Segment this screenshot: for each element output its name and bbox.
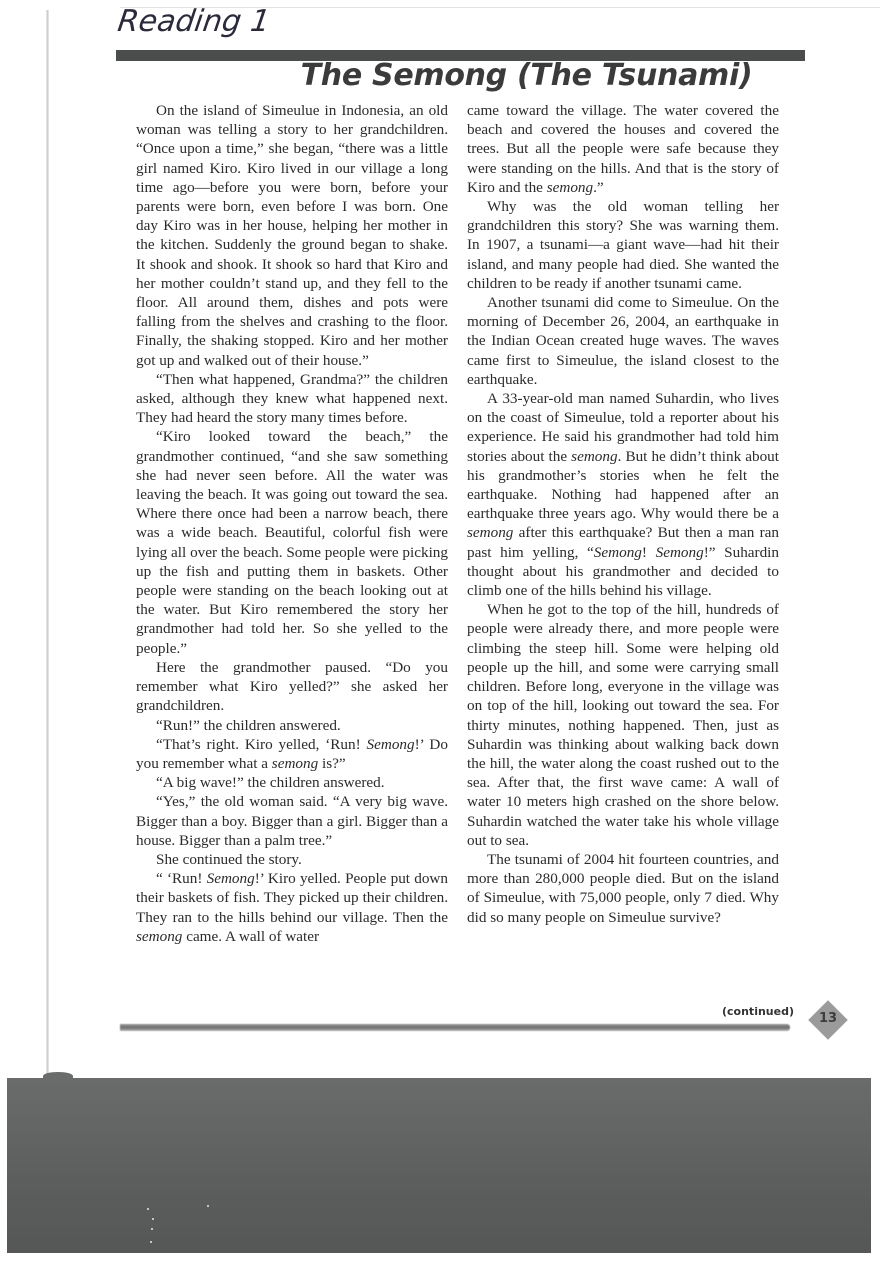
paragraph: The tsunami of 2004 hit fourteen countri…	[467, 850, 779, 927]
paragraph: “A big wave!” the children answered.	[136, 773, 448, 792]
scan-speck	[207, 1205, 209, 1207]
paragraph: Here the grandmother paused. “Do you rem…	[136, 658, 448, 716]
paragraph: “Then what happened, Grandma?” the child…	[136, 370, 448, 428]
paragraph: She continued the story.	[136, 850, 448, 869]
scan-background	[7, 1078, 871, 1253]
handwritten-reading-label: Reading 1	[116, 4, 273, 39]
paragraph: “Yes,” the old woman said. “A very big w…	[136, 792, 448, 850]
paragraph: On the island of Simeulue in Indonesia, …	[136, 101, 448, 370]
paragraph: “That’s right. Kiro yelled, ‘Run! Semong…	[136, 735, 448, 773]
continued-label: (continued)	[722, 1005, 794, 1018]
book-spine-shadow	[46, 10, 49, 1075]
paragraph: A 33-year-old man named Suhardin, who li…	[467, 389, 779, 600]
paragraph: Another tsunami did come to Simeulue. On…	[467, 293, 779, 389]
scan-speck	[151, 1228, 153, 1230]
scan-speck	[152, 1218, 154, 1220]
paragraph: Why was the old woman telling her grandc…	[467, 197, 779, 293]
right-column: came toward the village. The water cover…	[467, 101, 779, 927]
paragraph: “Run!” the children answered.	[136, 716, 448, 735]
title-text: The Semong (The Tsunami)	[301, 58, 753, 93]
footer-rule	[120, 1024, 790, 1031]
scan-speck	[150, 1241, 152, 1243]
page-title: The Semong (The Tsunami)	[0, 58, 893, 93]
paragraph: “Kiro looked toward the beach,” the gran…	[136, 427, 448, 657]
paragraph: When he got to the top of the hill, hund…	[467, 600, 779, 850]
page-number: 13	[814, 1011, 842, 1026]
scan-speck	[147, 1208, 149, 1210]
paragraph: came toward the village. The water cover…	[467, 101, 779, 197]
left-column: On the island of Simeulue in Indonesia, …	[136, 101, 448, 946]
page-fold-edge	[43, 1072, 73, 1080]
paragraph: “ ‘Run! Semong!’ Kiro yelled. People put…	[136, 869, 448, 946]
